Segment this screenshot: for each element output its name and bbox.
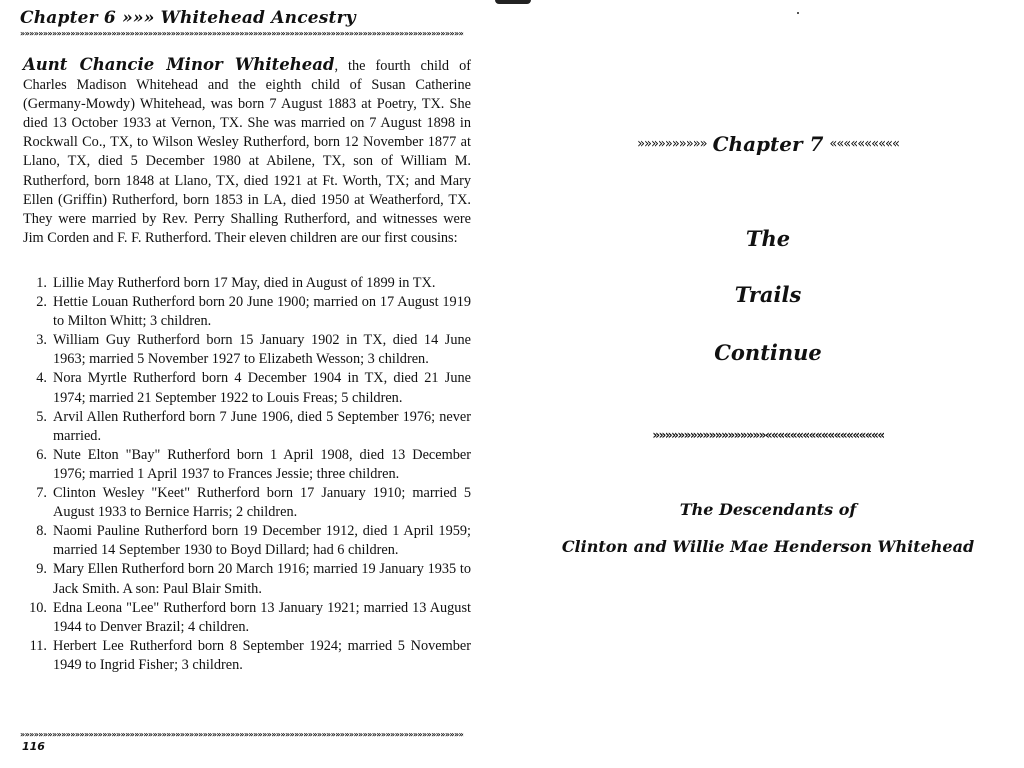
list-item: 2.Hettie Louan Rutherford born 20 June 1… [23,293,471,331]
title-word-continue: Continue [512,340,1024,365]
list-text: Nute Elton "Bay" Rutherford born 1 April… [53,447,471,482]
list-text: Clinton Wesley "Keet" Rutherford born 17… [53,485,471,520]
list-item: 8.Naomi Pauline Rutherford born 19 Decem… [23,522,471,560]
right-page: »»»»»»»»»»Chapter 7«««««««««« The Trails… [512,0,1024,768]
list-text: Hettie Louan Rutherford born 20 June 190… [53,294,471,329]
chevron-left-ornament-icon: «««««««««« [829,137,899,152]
list-number: 6. [23,446,47,465]
children-list: 1.Lillie May Rutherford born 17 May, die… [23,274,471,675]
list-item: 4.Nora Myrtle Rutherford born 4 December… [23,369,471,407]
list-item: 6.Nute Elton "Bay" Rutherford born 1 Apr… [23,446,471,484]
list-number: 1. [23,274,47,293]
list-number: 4. [23,369,47,388]
list-item: 11.Herbert Lee Rutherford born 8 Septemb… [23,637,471,675]
left-page: Chapter 6 »»» Whitehead Ancestry »»»»»»»… [0,0,512,768]
list-number: 2. [23,293,47,312]
list-number: 3. [23,331,47,350]
list-number: 5. [23,408,47,427]
list-text: Mary Ellen Rutherford born 20 March 1916… [53,561,471,596]
list-item: 7.Clinton Wesley "Keet" Rutherford born … [23,484,471,522]
page-number: 116 [22,740,45,753]
chapter-heading: »»»»»»»»»»Chapter 7«««««««««« [512,132,1024,156]
title-word-trails: Trails [512,282,1024,307]
list-item: 5.Arvil Allen Rutherford born 7 June 190… [23,408,471,446]
intro-text: , the fourth child of Charles Madison Wh… [23,58,471,246]
list-text: Herbert Lee Rutherford born 8 September … [53,638,471,673]
subject-name: Aunt Chancie Minor Whitehead [23,55,334,74]
list-item: 1.Lillie May Rutherford born 17 May, die… [23,274,471,293]
list-text: Nora Myrtle Rutherford born 4 December 1… [53,370,471,405]
list-text: Lillie May Rutherford born 17 May, died … [53,275,435,291]
list-number: 8. [23,522,47,541]
title-word-the: The [512,226,1024,251]
list-number: 9. [23,560,47,579]
list-text: Naomi Pauline Rutherford born 19 Decembe… [53,523,471,558]
decorative-rule-top: »»»»»»»»»»»»»»»»»»»»»»»»»»»»»»»»»»»»»»»»… [20,29,464,38]
list-number: 10. [23,599,47,618]
intro-paragraph: Aunt Chancie Minor Whitehead, the fourth… [23,55,471,248]
chevron-right-ornament-icon: »»»»»»»»»» [637,137,707,152]
list-item: 10.Edna Leona "Lee" Rutherford born 13 J… [23,599,471,637]
list-item: 3.William Guy Rutherford born 15 January… [23,331,471,369]
list-text: William Guy Rutherford born 15 January 1… [53,332,471,367]
list-text: Arvil Allen Rutherford born 7 June 1906,… [53,409,471,444]
decorative-rule-bottom: »»»»»»»»»»»»»»»»»»»»»»»»»»»»»»»»»»»»»»»»… [20,730,464,739]
list-number: 7. [23,484,47,503]
list-number: 11. [23,637,47,656]
list-text: Edna Leona "Lee" Rutherford born 13 Janu… [53,600,471,635]
descendants-heading: The Descendants of [512,500,1024,519]
descendants-names: Clinton and Willie Mae Henderson Whitehe… [512,537,1024,556]
chapter-title: Chapter 7 [713,132,824,156]
running-head: Chapter 6 »»» Whitehead Ancestry [20,8,356,28]
chevron-divider: »»»»»»»»»»»»»»»»»»««««««««««««««««««« [512,428,1024,442]
list-item: 9.Mary Ellen Rutherford born 20 March 19… [23,560,471,598]
